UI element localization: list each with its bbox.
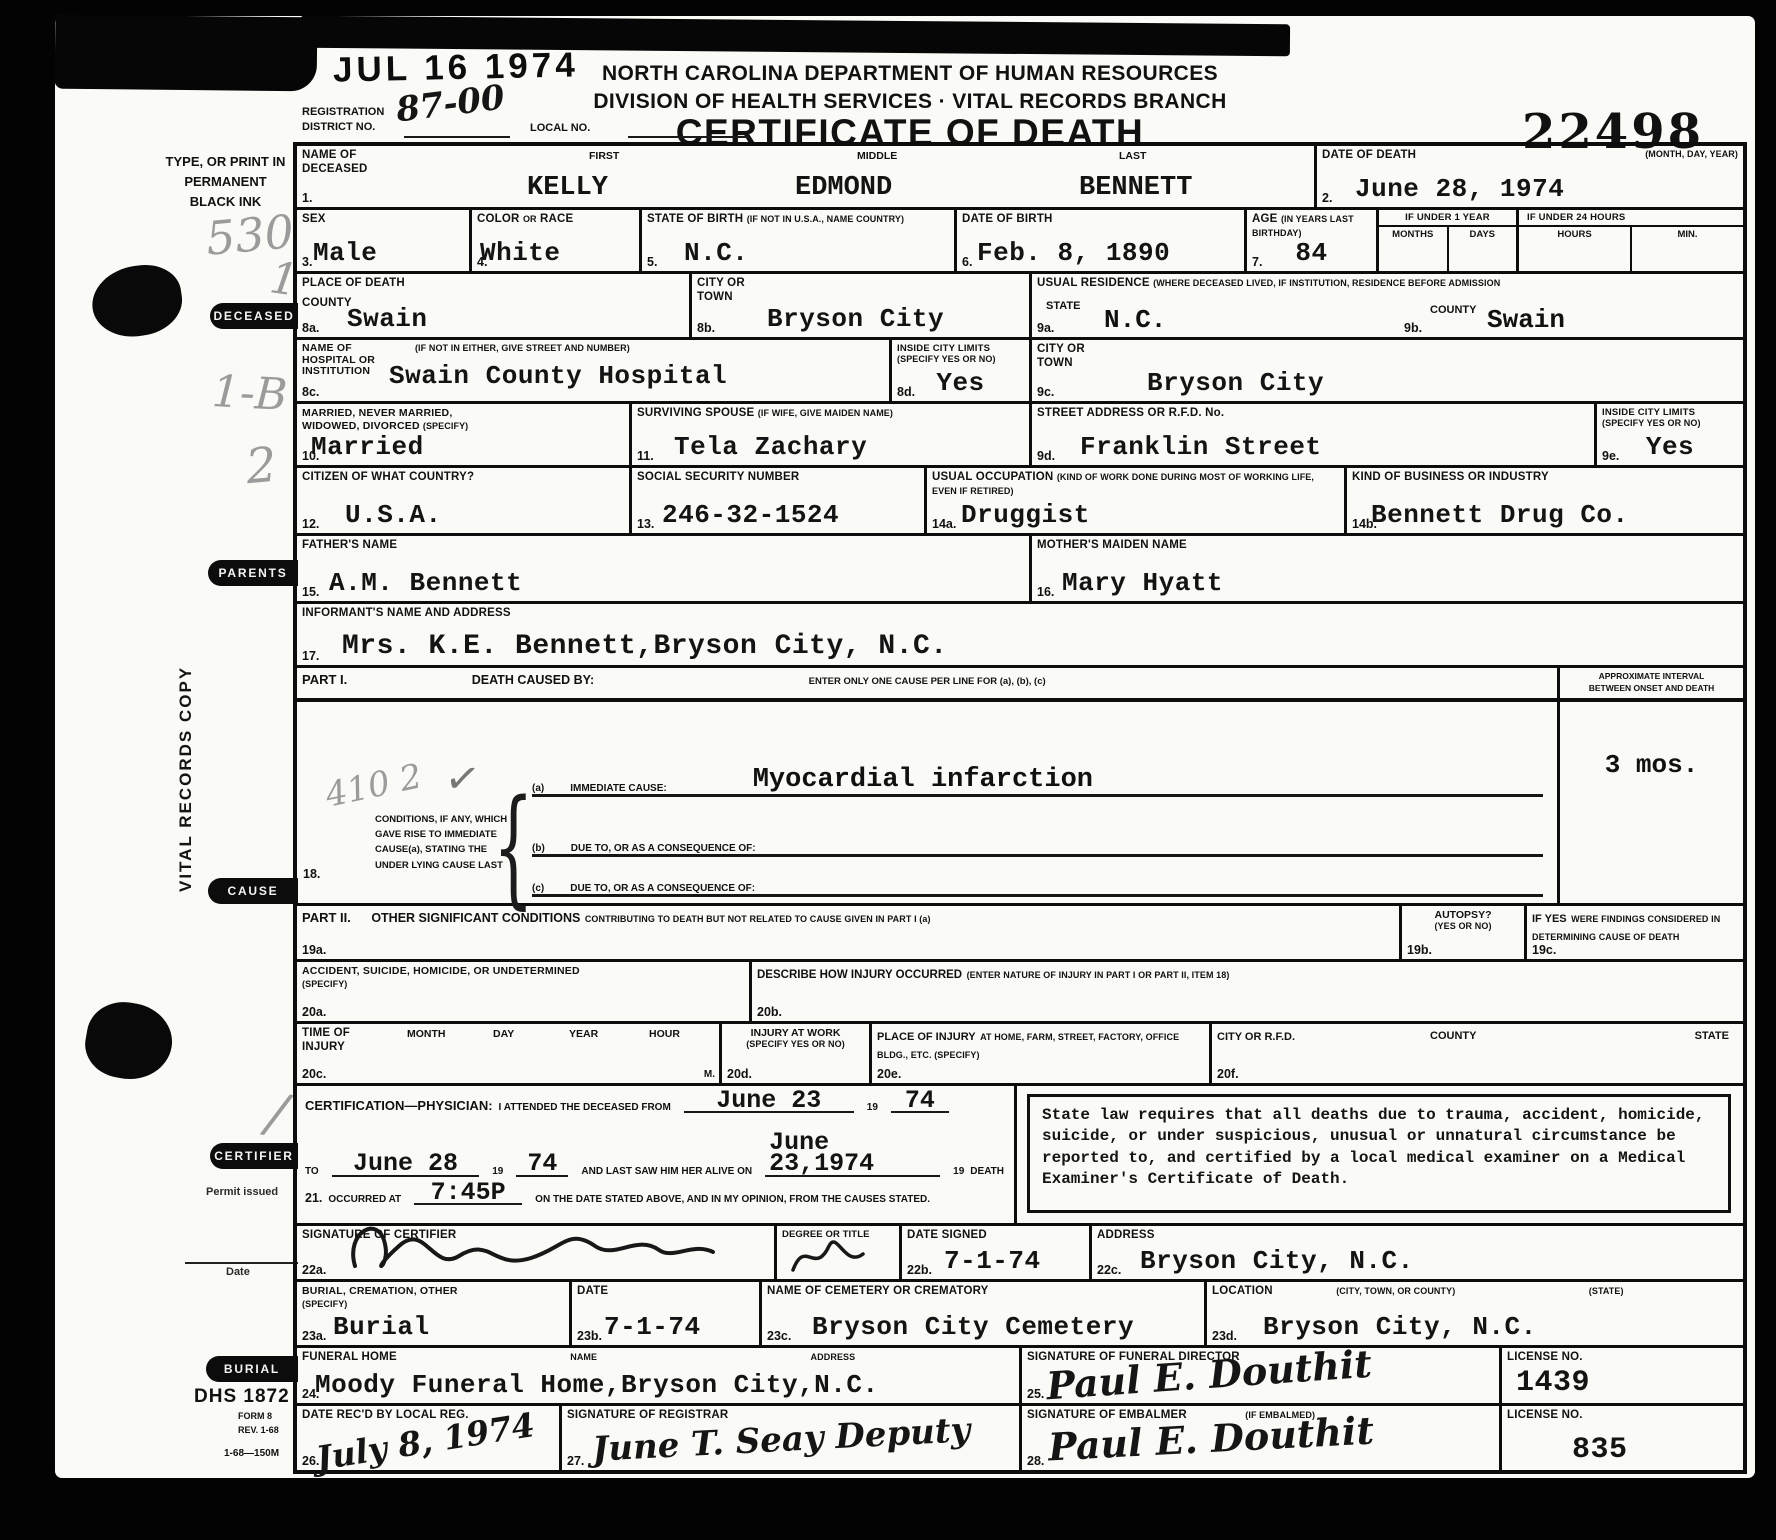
field-describe-injury: DESCRIBE HOW INJURY OCCURRED (ENTER NATU… [752, 962, 1743, 1024]
local-no-label: LOCAL NO. [530, 122, 590, 134]
conditions-note: CONDITIONS, IF ANY, WHICH GAVE RISE TO I… [375, 812, 510, 873]
field-number: 20f. [1217, 1067, 1239, 1081]
field-license-no-embalmer: LICENSE NO. 835 [1502, 1406, 1743, 1470]
field-cemetery-location: LOCATION (CITY, TOWN, OR COUNTY) (STATE)… [1207, 1282, 1743, 1348]
field-color-or-race: COLOR OR RACE 4. White [472, 210, 642, 274]
last-saw-value: June 23,1974 [765, 1132, 940, 1177]
form-row: SIGNATURE OF CERTIFIER 22a. DEGREE OR TI… [297, 1226, 1743, 1282]
middle-name-value: EDMOND [795, 173, 892, 203]
field-place-of-injury: PLACE OF INJURY AT HOME, FARM, STREET, F… [872, 1024, 1212, 1086]
license-label: LICENSE NO. [1507, 1409, 1738, 1423]
field-number: 19a. [302, 943, 326, 957]
field-number: 9b. [1404, 321, 1422, 335]
first-col-label: FIRST [589, 150, 619, 162]
handwritten-brace: { [493, 790, 534, 905]
occurred-label: OCCURRED AT [328, 1194, 401, 1205]
spouse-label: SURVIVING SPOUSE (IF WIFE, GIVE MAIDEN N… [637, 407, 1024, 421]
certification-line-1: CERTIFICATION—PHYSICIAN: I ATTENDED THE … [305, 1090, 1004, 1113]
field-street-address: STREET ADDRESS OR R.F.D. No. 9d. Frankli… [1032, 404, 1597, 468]
to-label: TO [305, 1166, 319, 1177]
pencil-note-2: 2 [244, 437, 279, 495]
division-name: DIVISION OF HEALTH SERVICES · VITAL RECO… [560, 90, 1260, 114]
field-number-18: 18. [303, 867, 320, 881]
under-1-year-label: IF UNDER 1 YEAR [1379, 210, 1516, 227]
due-b-label: DUE TO, OR AS A CONSEQUENCE OF: [571, 843, 756, 854]
last-col-label: LAST [1119, 150, 1146, 162]
form-info: FORM 8 REV. 1-68 [238, 1410, 279, 1437]
field-funeral-home: FUNERAL HOME NAME ADDRESS 24. Moody Fune… [297, 1348, 1022, 1406]
field-date-signed: DATE SIGNED 22b. 7-1-74 [902, 1226, 1092, 1282]
describe-injury-sub: (ENTER NATURE OF INJURY IN PART I OR PAR… [967, 970, 1230, 980]
field-father-name: FATHER'S NAME 15. A.M. Bennett [297, 536, 1032, 604]
pre19: 19 [867, 1102, 878, 1113]
city-or-town-label: CITY OR TOWN [697, 277, 1024, 305]
field-date-received: DATE REC'D BY LOCAL REG. 26. July 8, 197… [297, 1406, 562, 1470]
field-number: 20e. [877, 1067, 901, 1081]
age-value: 84 [1247, 238, 1376, 268]
form-row: SEX 3. Male COLOR OR RACE 4. White STATE… [297, 210, 1743, 274]
describe-injury-label: DESCRIBE HOW INJURY OCCURRED [757, 969, 962, 981]
print-instruction-line: PERMANENT [138, 172, 313, 192]
certifier-address-label: ADDRESS [1097, 1229, 1738, 1243]
field-number: 20a. [302, 1005, 326, 1019]
field-injury-location: CITY OR R.F.D. COUNTY STATE 20f. [1212, 1024, 1743, 1086]
residence-state-value: N.C. [1104, 305, 1166, 335]
field-ssn: SOCIAL SECURITY NUMBER 13. 246-32-1524 [632, 468, 927, 536]
interval-label: APPROXIMATE INTERVAL BETWEEN ONSET AND D… [1565, 671, 1738, 695]
months-label: MONTHS [1379, 227, 1449, 271]
field-number: 19c. [1532, 943, 1556, 957]
under-24-hours-subcells: HOURS MIN. [1519, 227, 1743, 271]
field-state-of-birth: STATE OF BIRTH (IF NOT IN U.S.A., NAME C… [642, 210, 957, 274]
location-label: LOCATION (CITY, TOWN, OR COUNTY) (STATE) [1212, 1285, 1738, 1299]
usual-residence-label: USUAL RESIDENCE (WHERE DECEASED LIVED, I… [1037, 277, 1738, 291]
father-value: A.M. Bennett [297, 568, 1061, 598]
field-place-of-death-county: PLACE OF DEATH COUNTY 8a. Swain [297, 274, 692, 340]
business-label: KIND OF BUSINESS OR INDUSTRY [1352, 471, 1738, 485]
due-c-prefix: (c) [532, 883, 544, 894]
burial-date-label: DATE [577, 1285, 754, 1299]
field-usual-residence: USUAL RESIDENCE (WHERE DECEASED LIVED, I… [1032, 274, 1743, 340]
form-row: PART I. DEATH CAUSED BY: ENTER ONLY ONE … [297, 668, 1743, 702]
tab-cause: CAUSE [208, 878, 298, 904]
field-hospital: NAME OF (IF NOT IN EITHER, GIVE STREET A… [297, 340, 892, 404]
field-number: 20c. [302, 1067, 326, 1081]
field-embalmer-signature: SIGNATURE OF EMBALMER (IF EMBALMED) 28. … [1022, 1406, 1502, 1470]
burial-value: Burial [297, 1312, 605, 1342]
medical-examiner-notice-cell: State law requires that all deaths due t… [1017, 1086, 1743, 1226]
scanned-death-certificate: JUL 16 1974 NORTH CAROLINA DEPARTMENT OF… [0, 0, 1776, 1540]
permit-issued-label: Permit issued [206, 1186, 278, 1198]
field-cemetery: NAME OF CEMETERY OR CREMATORY 23c. Bryso… [762, 1282, 1207, 1348]
field-occupation: USUAL OCCUPATION (KIND OF WORK DONE DURI… [927, 468, 1347, 536]
field-injury-at-work: INJURY AT WORK (SPECIFY YES OR NO) 20d. [722, 1024, 872, 1086]
hours-label: HOURS [1519, 227, 1632, 271]
agency-name: NORTH CAROLINA DEPARTMENT OF HUMAN RESOU… [560, 62, 1260, 86]
burial-date-value: 7-1-74 [572, 1312, 791, 1342]
form-row: MARRIED, NEVER MARRIED, WIDOWED, DIVORCE… [297, 404, 1743, 468]
form-info-line: FORM 8 [238, 1410, 279, 1424]
m-label: M. [704, 1069, 715, 1080]
to-year: 74 [516, 1153, 568, 1176]
immediate-cause-interval: 3 mos. [1560, 750, 1743, 780]
field-informant: INFORMANT'S NAME AND ADDRESS 17. Mrs. K.… [297, 604, 1743, 668]
sex-label: SEX [302, 213, 464, 227]
due-to-c-line: (c) DUE TO, OR AS A CONSEQUENCE OF: [532, 868, 1543, 897]
hour-label: HOUR [649, 1028, 680, 1040]
field-autopsy: AUTOPSY? (YES OR NO) 19b. [1402, 906, 1527, 962]
tab-deceased: DECEASED [210, 303, 298, 329]
tab-parents: PARENTS [208, 560, 298, 586]
inside-city-limits-label: INSIDE CITY LIMITS (SPECIFY YES OR NO) [1602, 407, 1738, 430]
field-number: 1. [302, 191, 312, 205]
form-row: NAME OF (IF NOT IN EITHER, GIVE STREET A… [297, 340, 1743, 404]
certification-label: CERTIFICATION—PHYSICIAN: [305, 1098, 493, 1113]
marital-label: MARRIED, NEVER MARRIED, WIDOWED, DIVORCE… [302, 407, 624, 432]
form-row: FATHER'S NAME 15. A.M. Bennett MOTHER'S … [297, 536, 1743, 604]
date-signed-label: DATE SIGNED [907, 1229, 1084, 1243]
field-age: AGE (IN YEARS LAST BIRTHDAY) 7. 84 [1247, 210, 1379, 274]
hospital-value: Swain County Hospital [297, 361, 981, 391]
residence-county-label: COUNTY [1430, 304, 1476, 316]
form-row: DATE REC'D BY LOCAL REG. 26. July 8, 197… [297, 1406, 1743, 1470]
middle-col-label: MIDDLE [857, 150, 897, 162]
citizen-value: U.S.A. [297, 500, 677, 530]
district-no-label: DISTRICT NO. [302, 121, 375, 133]
degree-title-scrawl [787, 1234, 879, 1278]
if-yes-label: IF YES [1532, 913, 1567, 925]
date-blank-line [185, 1262, 298, 1264]
death-label: DEATH [970, 1166, 1004, 1177]
attended-label: I ATTENDED THE DECEASED FROM [499, 1102, 671, 1113]
field-burial-cremation: BURIAL, CREMATION, OTHER (SPECIFY) 23a. … [297, 1282, 572, 1348]
due-to-b-line: (b) DUE TO, OR AS A CONSEQUENCE OF: [532, 820, 1543, 857]
form-row: ACCIDENT, SUICIDE, HOMICIDE, OR UNDETERM… [297, 962, 1743, 1024]
field-date-of-death: DATE OF DEATH (MONTH, DAY, YEAR) 2. June… [1317, 146, 1743, 210]
funeral-home-label: FUNERAL HOME NAME ADDRESS [302, 1351, 1014, 1365]
certification-line-3: 21. OCCURRED AT 7:45P ON THE DATE STATED… [305, 1182, 1004, 1205]
to-value: June 28 [332, 1153, 480, 1176]
age-label: AGE (IN YEARS LAST BIRTHDAY) [1252, 213, 1371, 241]
certification-line-2: TO June 28 19 74 AND LAST SAW HIM HER AL… [305, 1132, 1004, 1177]
attended-from-value: June 23 [684, 1090, 854, 1113]
field-accident-suicide: ACCIDENT, SUICIDE, HOMICIDE, OR UNDETERM… [297, 962, 752, 1024]
immediate-cause-line: (a) IMMEDIATE CAUSE: Myocardial infarcti… [532, 728, 1543, 797]
field-registrar-signature: SIGNATURE OF REGISTRAR 27. June T. Seay … [562, 1406, 1022, 1470]
state-of-birth-value: N.C. [642, 238, 996, 268]
date-of-birth-label: DATE OF BIRTH [962, 213, 1239, 227]
county-label: COUNTY [1430, 1030, 1476, 1042]
field-sex: SEX 3. Male [297, 210, 472, 274]
occurred-rest: ON THE DATE STATED ABOVE, AND IN MY OPIN… [535, 1194, 930, 1205]
under-1-year-subcells: MONTHS DAYS [1379, 227, 1516, 271]
form-row: FUNERAL HOME NAME ADDRESS 24. Moody Fune… [297, 1348, 1743, 1406]
min-label: MIN. [1632, 227, 1743, 271]
sex-value: Male [297, 238, 485, 268]
days-label: DAYS [1449, 227, 1517, 271]
field-mother-name: MOTHER'S MAIDEN NAME 16. Mary Hyatt [1032, 536, 1743, 604]
residence-city-value: Bryson City [1032, 368, 1776, 398]
field-number: 19b. [1407, 943, 1432, 957]
pre19: 19 [953, 1166, 964, 1177]
race-value: White [472, 238, 647, 268]
place-of-death-label: PLACE OF DEATH [302, 277, 684, 291]
form-row: PLACE OF DEATH COUNTY 8a. Swain CITY OR … [297, 274, 1743, 340]
field-citizen: CITIZEN OF WHAT COUNTRY? 12. U.S.A. [297, 468, 632, 536]
cemetery-label: NAME OF CEMETERY OR CREMATORY [767, 1285, 1199, 1299]
state-label: STATE [1695, 1030, 1729, 1042]
inside-city-limits-value: Yes [892, 368, 1029, 398]
spouse-value: Tela Zachary [632, 432, 1071, 462]
field-surviving-spouse: SURVIVING SPOUSE (IF WIFE, GIVE MAIDEN N… [632, 404, 1032, 468]
mother-label: MOTHER'S MAIDEN NAME [1037, 539, 1738, 553]
field-marital-status: MARRIED, NEVER MARRIED, WIDOWED, DIVORCE… [297, 404, 632, 468]
last-name-value: BENNETT [1079, 173, 1192, 203]
residence-county-value: Swain [1487, 305, 1565, 335]
informant-value: Mrs. K.E. Bennett,Bryson City, N.C. [297, 631, 1776, 662]
print-instruction: TYPE, OR PRINT IN PERMANENT BLACK INK [138, 152, 313, 212]
field-date-of-birth: DATE OF BIRTH 6. Feb. 8, 1890 [957, 210, 1247, 274]
date-label: Date [226, 1266, 250, 1278]
street-address-label: STREET ADDRESS OR R.F.D. No. [1037, 407, 1589, 421]
race-label: COLOR OR RACE [477, 213, 634, 227]
form-info-line: REV. 1-68 [238, 1424, 279, 1438]
marital-value: Married [297, 432, 643, 462]
form-row: INFORMANT'S NAME AND ADDRESS 17. Mrs. K.… [297, 604, 1743, 668]
residence-city-label: CITY OR TOWN [1037, 343, 1738, 371]
part2-label: PART II. [302, 910, 351, 925]
ssn-value: 246-32-1524 [632, 500, 954, 530]
occupation-value: Druggist [927, 500, 1378, 530]
license-label: LICENSE NO. [1507, 1351, 1738, 1365]
father-label: FATHER'S NAME [302, 539, 1024, 553]
date-of-birth-value: Feb. 8, 1890 [957, 238, 1264, 268]
registration-label: REGISTRATION [302, 106, 384, 118]
field-number: 22a. [302, 1263, 326, 1277]
place-of-injury-label: PLACE OF INJURY [877, 1031, 976, 1043]
license-value: 835 [1502, 1433, 1776, 1467]
field-burial-date: DATE 23b. 7-1-74 [572, 1282, 762, 1348]
scan-artifact-band [55, 15, 318, 92]
certifier-address-value: Bryson City, N.C. [1092, 1246, 1776, 1276]
field-time-of-injury: TIME OF INJURY MONTH DAY YEAR HOUR 20c. … [297, 1024, 722, 1086]
city-rfd-label: CITY OR R.F.D. [1217, 1031, 1295, 1043]
field-findings: IF YES WERE FINDINGS CONSIDERED IN DETER… [1527, 906, 1743, 962]
field-license-no-director: LICENSE NO. 1439 [1502, 1348, 1743, 1406]
tab-certifier: CERTIFIER [210, 1143, 298, 1169]
part1-header: PART I. DEATH CAUSED BY: ENTER ONLY ONE … [297, 668, 1560, 702]
local-no-blank [628, 136, 748, 138]
certifier-signature [341, 1212, 761, 1278]
district-no-blank [404, 136, 510, 138]
burial-label: BURIAL, CREMATION, OTHER (SPECIFY) [302, 1285, 564, 1310]
form-print-run: 1-68—150M [224, 1448, 279, 1459]
field-if-under-24-hours: IF UNDER 24 HOURS HOURS MIN. [1519, 210, 1743, 274]
field-other-significant-conditions: PART II. OTHER SIGNIFICANT CONDITIONS CO… [297, 906, 1402, 962]
citizen-label: CITIZEN OF WHAT COUNTRY? [302, 471, 624, 485]
pencil-note-1b: 1-B [211, 366, 289, 421]
interval-value-cell: 3 mos. [1560, 702, 1743, 906]
business-value: Bennett Drug Co. [1347, 500, 1767, 530]
under-24-hours-label: IF UNDER 24 HOURS [1519, 210, 1743, 227]
field-certifier-address: ADDRESS 22c. Bryson City, N.C. [1092, 1226, 1743, 1282]
autopsy-sub: (YES OR NO) [1407, 921, 1519, 931]
attended-from-year: 74 [891, 1090, 949, 1113]
field-number-21: 21. [305, 1191, 322, 1205]
field-signature-of-certifier: SIGNATURE OF CERTIFIER 22a. [297, 1226, 777, 1282]
occurred-time-value: 7:45P [414, 1182, 522, 1205]
last-saw-label: AND LAST SAW HIM HER ALIVE ON [581, 1166, 752, 1177]
accident-label: ACCIDENT, SUICIDE, HOMICIDE, OR UNDETERM… [302, 965, 744, 990]
form-row: CITIZEN OF WHAT COUNTRY? 12. U.S.A. SOCI… [297, 468, 1743, 536]
medical-examiner-notice: State law requires that all deaths due t… [1027, 1094, 1731, 1213]
form-row: NAME OF DECEASED FIRST MIDDLE LAST 1. KE… [297, 146, 1743, 210]
location-value: Bryson City, N.C. [1207, 1312, 1776, 1342]
field-if-under-1-year: IF UNDER 1 YEAR MONTHS DAYS [1379, 210, 1519, 274]
cemetery-value: Bryson City Cemetery [762, 1312, 1254, 1342]
form-row: PART II. OTHER SIGNIFICANT CONDITIONS CO… [297, 906, 1743, 962]
field-number: 25. [1027, 1387, 1044, 1401]
state-of-birth-label: STATE OF BIRTH (IF NOT IN U.S.A., NAME C… [647, 213, 949, 227]
other-conditions-sub: CONTRIBUTING TO DEATH BUT NOT RELATED TO… [585, 914, 931, 924]
certificate-form: NAME OF DECEASED FIRST MIDDLE LAST 1. KE… [293, 142, 1747, 1474]
pencil-checkmark: ✓ [442, 752, 484, 805]
month-label: MONTH [407, 1028, 446, 1040]
field-inside-city-limits-8d: INSIDE CITY LIMITS (SPECIFY YES OR NO) 8… [892, 340, 1032, 404]
date-of-death-value: June 28, 1974 [1317, 174, 1776, 204]
certification-physician-block: CERTIFICATION—PHYSICIAN: I ATTENDED THE … [297, 1086, 1017, 1226]
form-row: 410 2 ✓ CONDITIONS, IF ANY, WHICH GAVE R… [297, 702, 1743, 906]
ssn-label: SOCIAL SECURITY NUMBER [637, 471, 919, 485]
first-name-value: KELLY [527, 173, 608, 203]
occupation-label: USUAL OCCUPATION (KIND OF WORK DONE DURI… [932, 471, 1339, 499]
injury-at-work-label: INJURY AT WORK [727, 1027, 864, 1039]
inside-city-limits-label: INSIDE CITY LIMITS (SPECIFY YES OR NO) [897, 343, 1024, 366]
tab-burial: BURIAL [206, 1356, 298, 1382]
due-c-label: DUE TO, OR AS A CONSEQUENCE OF: [570, 883, 755, 894]
field-place-of-death-city: CITY OR TOWN 8b. Bryson City [692, 274, 1032, 340]
autopsy-label: AUTOPSY? [1407, 909, 1519, 921]
death-caused-by-label: DEATH CAUSED BY: [472, 673, 594, 687]
print-instruction-line: TYPE, OR PRINT IN [138, 152, 313, 172]
form-row: BURIAL, CREMATION, OTHER (SPECIFY) 23a. … [297, 1282, 1743, 1348]
pencil-cause-code: 410 2 [322, 756, 426, 815]
due-b-prefix: (b) [532, 843, 545, 854]
informant-label: INFORMANT'S NAME AND ADDRESS [302, 607, 1738, 621]
mother-value: Mary Hyatt [1032, 568, 1773, 598]
field-residence-city: CITY OR TOWN 9c. Bryson City [1032, 340, 1743, 404]
place-of-death-county-value: Swain [297, 304, 739, 334]
immediate-cause-prefix: (a) [532, 783, 544, 794]
form-row: TIME OF INJURY MONTH DAY YEAR HOUR 20c. … [297, 1024, 1743, 1086]
field-number: 20b. [757, 1005, 782, 1019]
inside-city-limits-value: Yes [1597, 432, 1743, 462]
license-value: 1439 [1502, 1366, 1757, 1400]
form-code: DHS 1872 [194, 1386, 290, 1408]
field-name-of-deceased: NAME OF DECEASED FIRST MIDDLE LAST 1. KE… [297, 146, 1317, 210]
pre19: 19 [492, 1166, 503, 1177]
enter-one-cause-note: ENTER ONLY ONE CAUSE PER LINE FOR (a), (… [809, 676, 1046, 687]
interval-header: APPROXIMATE INTERVAL BETWEEN ONSET AND D… [1560, 668, 1743, 702]
immediate-cause-value: Myocardial infarction [753, 768, 1093, 794]
field-inside-city-limits-9e: INSIDE CITY LIMITS (SPECIFY YES OR NO) 9… [1597, 404, 1743, 468]
date-of-death-label: DATE OF DEATH (MONTH, DAY, YEAR) [1322, 149, 1738, 163]
field-degree-or-title: DEGREE OR TITLE [777, 1226, 902, 1282]
residence-state-label: STATE [1046, 300, 1080, 312]
form-row: CERTIFICATION—PHYSICIAN: I ATTENDED THE … [297, 1086, 1743, 1226]
other-conditions-label: OTHER SIGNIFICANT CONDITIONS [371, 911, 580, 925]
field-number: 20d. [727, 1067, 752, 1081]
field-funeral-director-signature: SIGNATURE OF FUNERAL DIRECTOR 25. Paul E… [1022, 1348, 1502, 1406]
field-number: 9a. [1037, 321, 1054, 335]
vital-records-copy-label: VITAL RECORDS COPY [176, 612, 196, 892]
injury-at-work-sub: (SPECIFY YES OR NO) [727, 1039, 864, 1049]
year-label: YEAR [569, 1028, 598, 1040]
field-number: 28. [1027, 1454, 1044, 1468]
part1-label: PART I. [302, 672, 347, 687]
funeral-home-value: Moody Funeral Home,Bryson City,N.C. [297, 1370, 1037, 1400]
field-number: 27. [567, 1454, 584, 1468]
day-label: DAY [493, 1028, 514, 1040]
immediate-cause-label: IMMEDIATE CAUSE: [570, 783, 666, 794]
street-address-value: Franklin Street [1032, 432, 1642, 462]
cause-of-death-area: 410 2 ✓ CONDITIONS, IF ANY, WHICH GAVE R… [297, 702, 1560, 906]
field-business: KIND OF BUSINESS OR INDUSTRY 14b. Bennet… [1347, 468, 1743, 536]
